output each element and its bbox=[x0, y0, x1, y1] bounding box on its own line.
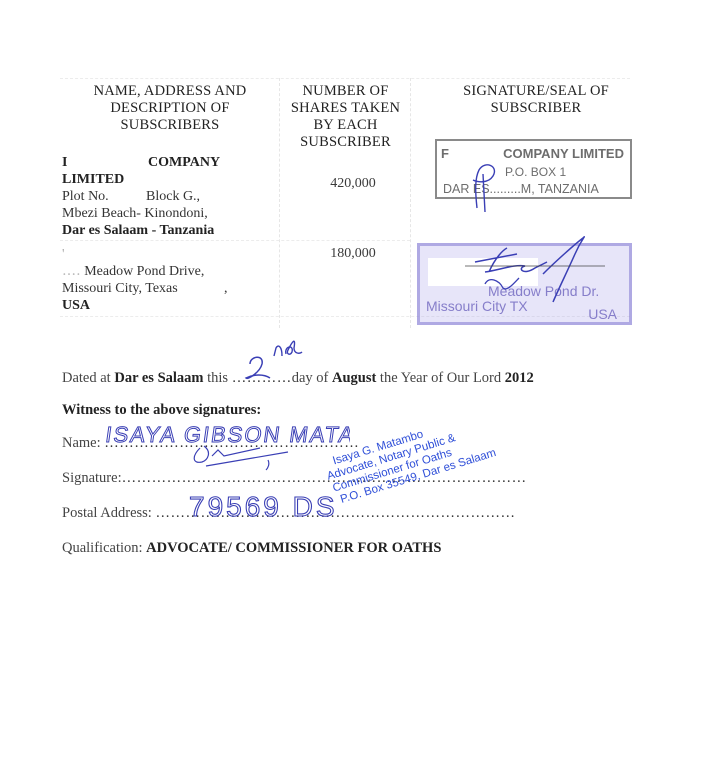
company-seal-stamp: F COMPANY LIMITED P.O. BOX 1 DAR ES.....… bbox=[435, 139, 632, 199]
header-name-address: NAME, ADDRESS AND DESCRIPTION OF SUBSCRI… bbox=[60, 83, 280, 134]
address-part: Block G., bbox=[146, 188, 200, 205]
header-line: BY EACH bbox=[283, 117, 408, 134]
subscriber-1-name-line1: I COMPANY bbox=[62, 154, 282, 171]
seal-line: USA bbox=[588, 306, 617, 322]
header-line: NUMBER OF bbox=[283, 83, 408, 100]
dated-prefix: Dated at bbox=[62, 370, 114, 386]
seal-line: COMPANY LIMITED bbox=[503, 146, 624, 161]
header-signature-seal: SIGNATURE/SEAL OF SUBSCRIBER bbox=[425, 83, 647, 117]
name-prefix: I bbox=[62, 155, 67, 170]
subscriber-1-address-line2: Mbezi Beach- Kinondoni, bbox=[62, 205, 282, 222]
subscriber-2-shares: 180,000 bbox=[283, 246, 423, 262]
witness-name-label: Name: bbox=[62, 435, 104, 451]
dated-this: this bbox=[204, 370, 232, 386]
subscriber-2-address-line1: ‥‥ Meadow Pond Drive, bbox=[62, 263, 282, 280]
header-line: SUBSCRIBERS bbox=[60, 117, 280, 134]
header-line: SIGNATURE/SEAL OF bbox=[425, 83, 647, 100]
dated-place: Dar es Salaam bbox=[114, 370, 203, 386]
subscriber-1-shares: 420,000 bbox=[283, 176, 423, 192]
dated-month: August bbox=[332, 370, 376, 386]
address-part: Plot No. bbox=[62, 189, 109, 204]
qualification-label: Qualification: bbox=[62, 540, 146, 556]
dated-day-blank: ………… bbox=[232, 370, 292, 386]
subscriber-2-name-line1: ' bbox=[62, 246, 282, 263]
seal-line: F bbox=[441, 146, 449, 161]
header-line: SUBSCRIBER bbox=[425, 100, 647, 117]
witness-name-field[interactable]: …………………………………………… bbox=[104, 435, 359, 451]
header-number-of-shares: NUMBER OF SHARES TAKEN BY EACH SUBSCRIBE… bbox=[283, 83, 408, 151]
table-rule-col2 bbox=[410, 78, 411, 328]
header-line: NAME, ADDRESS AND bbox=[60, 83, 280, 100]
address-part: Missouri City, Texas bbox=[62, 281, 178, 296]
witness-name-row: Name: …………………………………………… bbox=[62, 435, 359, 452]
qualification-row: Qualification: ADVOCATE/ COMMISSIONER FO… bbox=[62, 540, 441, 557]
notary-stamp: Isaya G. Matambo Advocate, Notary Public… bbox=[318, 410, 498, 510]
qualification-value: ADVOCATE/ COMMISSIONER FOR OATHS bbox=[146, 540, 441, 556]
header-line: DESCRIPTION OF bbox=[60, 100, 280, 117]
seal-redaction bbox=[428, 258, 538, 286]
seal-line: P.O. BOX 1 bbox=[505, 165, 566, 179]
witness-signature-label: Signature: bbox=[62, 470, 122, 486]
address-part: , bbox=[224, 280, 228, 297]
address-part: Meadow Pond Drive, bbox=[84, 264, 204, 279]
dated-line: Dated at Dar es Salaam this …………day of A… bbox=[62, 370, 534, 387]
subscriber-2: ' ‥‥ Meadow Pond Drive, Missouri City, T… bbox=[62, 246, 282, 314]
witness-signature-row: Signature:……………………………………………………………………… bbox=[62, 470, 527, 487]
subscriber-1: I COMPANY LIMITED Plot No. Block G., Mbe… bbox=[62, 154, 282, 239]
subscriber-1-address-line1: Plot No. Block G., bbox=[62, 188, 282, 205]
witness-heading: Witness to the above signatures: bbox=[62, 402, 261, 419]
seal-line: Missouri City TX bbox=[426, 298, 528, 314]
dated-year: 2012 bbox=[505, 370, 534, 386]
table-rule-top bbox=[60, 78, 630, 79]
subscriber-2-address-line2: Missouri City, Texas , bbox=[62, 280, 282, 297]
seal-line: DAR ES.........M, TANZANIA bbox=[443, 182, 599, 196]
table-rule-row1 bbox=[60, 240, 410, 241]
seal-line: Meadow Pond Dr. bbox=[488, 283, 599, 299]
witness-postal-label: Postal Address: bbox=[62, 505, 155, 521]
name-suffix: COMPANY bbox=[148, 154, 220, 171]
header-line: SHARES TAKEN bbox=[283, 100, 408, 117]
subscriber-2-seal-stamp: Meadow Pond Dr. Missouri City TX USA bbox=[417, 243, 632, 325]
subscriber-1-name-line2: LIMITED bbox=[62, 171, 282, 188]
dated-year-text: the Year of Our Lord bbox=[376, 370, 504, 386]
subscriber-2-address-line3: USA bbox=[62, 297, 282, 314]
dated-dayof: day of bbox=[292, 370, 332, 386]
subscriber-1-address-line3: Dar es Salaam - Tanzania bbox=[62, 222, 282, 239]
header-line: SUBSCRIBER bbox=[283, 134, 408, 151]
redaction: ‥‥ bbox=[62, 264, 84, 279]
witness-postal-row: Postal Address: ……………………………………………………………… bbox=[62, 505, 515, 522]
